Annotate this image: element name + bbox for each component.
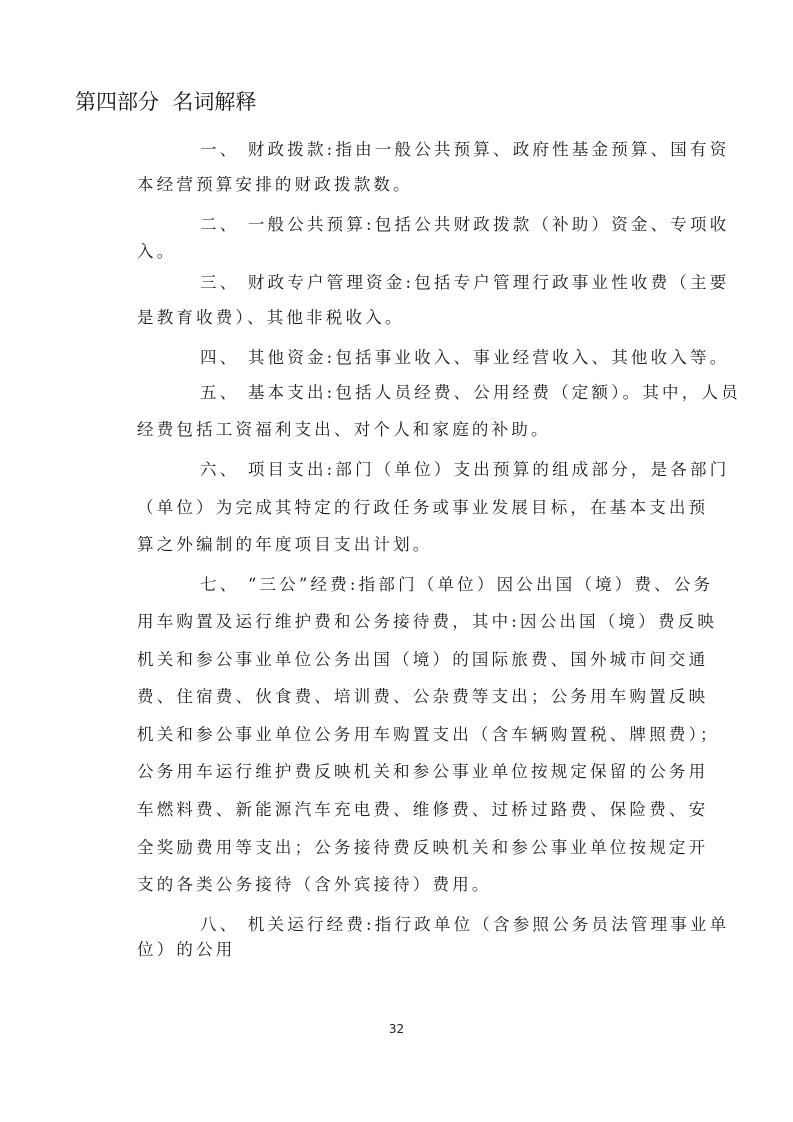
definition-paragraph-line: 机关和参公事业单位公务出国（境）的国际旅费、国外城市间交通 (137, 649, 717, 671)
definition-paragraph-line: 算之外编制的年度项目支出计划。 (137, 534, 717, 556)
definition-paragraph-line: 车燃料费、新能源汽车充电费、维修费、过桥过路费、保险费、安 (137, 799, 717, 821)
document-page: 第四部分 名词解释 一、 财政拨款:指由一般公共预算、政府性基金预算、国有资本经… (0, 0, 793, 1122)
definition-paragraph-start: 五、 基本支出:包括人员经费、公用经费（定额）。其中，人员 (200, 382, 717, 404)
section-title: 第四部分 名词解释 (75, 86, 256, 116)
definition-paragraph-line: （单位）为完成其特定的行政任务或事业发展目标，在基本支出预 (137, 497, 717, 519)
definition-paragraph-start: 八、 机关运行经费:指行政单位（含参照公务员法管理事业单 (200, 914, 717, 936)
page-number: 32 (0, 1022, 793, 1036)
definition-paragraph-start: 三、 财政专户管理资金:包括专户管理行政事业性收费（主要 (200, 272, 717, 294)
definition-paragraph-line: 是教育收费）、其他非税收入。 (137, 307, 717, 329)
definition-paragraph-line: 经费包括工资福利支出、对个人和家庭的补助。 (137, 419, 717, 441)
definition-paragraph-line: 公务用车运行维护费反映机关和参公事业单位按规定保留的公务用 (137, 761, 717, 783)
definition-paragraph-line: 位）的公用 (137, 939, 717, 961)
definition-paragraph-line: 用车购置及运行维护费和公务接待费，其中:因公出国（境）费反映 (137, 611, 717, 633)
definition-paragraph-line: 本经营预算安排的财政拨款数。 (137, 174, 717, 196)
definition-paragraph-line: 机关和参公事业单位公务用车购置支出（含车辆购置税、牌照费）； (137, 724, 717, 746)
definition-paragraph-start: 七、 “三公”经费:指部门（单位）因公出国（境）费、公务 (200, 574, 717, 596)
definition-paragraph-line: 费、住宿费、伙食费、培训费、公杂费等支出；公务用车购置反映 (137, 686, 717, 708)
definition-paragraph-line: 支的各类公务接待（含外宾接待）费用。 (137, 874, 717, 896)
definition-paragraph-start: 一、 财政拨款:指由一般公共预算、政府性基金预算、国有资 (200, 139, 717, 161)
definition-paragraph-start: 二、 一般公共预算:包括公共财政拨款（补助）资金、专项收 (200, 214, 717, 236)
definition-paragraph-line: 入。 (137, 241, 717, 263)
definition-paragraph-line: 全奖励费用等支出；公务接待费反映机关和参公事业单位按规定开 (137, 837, 717, 859)
definition-paragraph-start: 四、 其他资金:包括事业收入、事业经营收入、其他收入等。 (200, 347, 717, 369)
definition-paragraph-start: 六、 项目支出:部门（单位）支出预算的组成部分，是各部门 (200, 459, 717, 481)
